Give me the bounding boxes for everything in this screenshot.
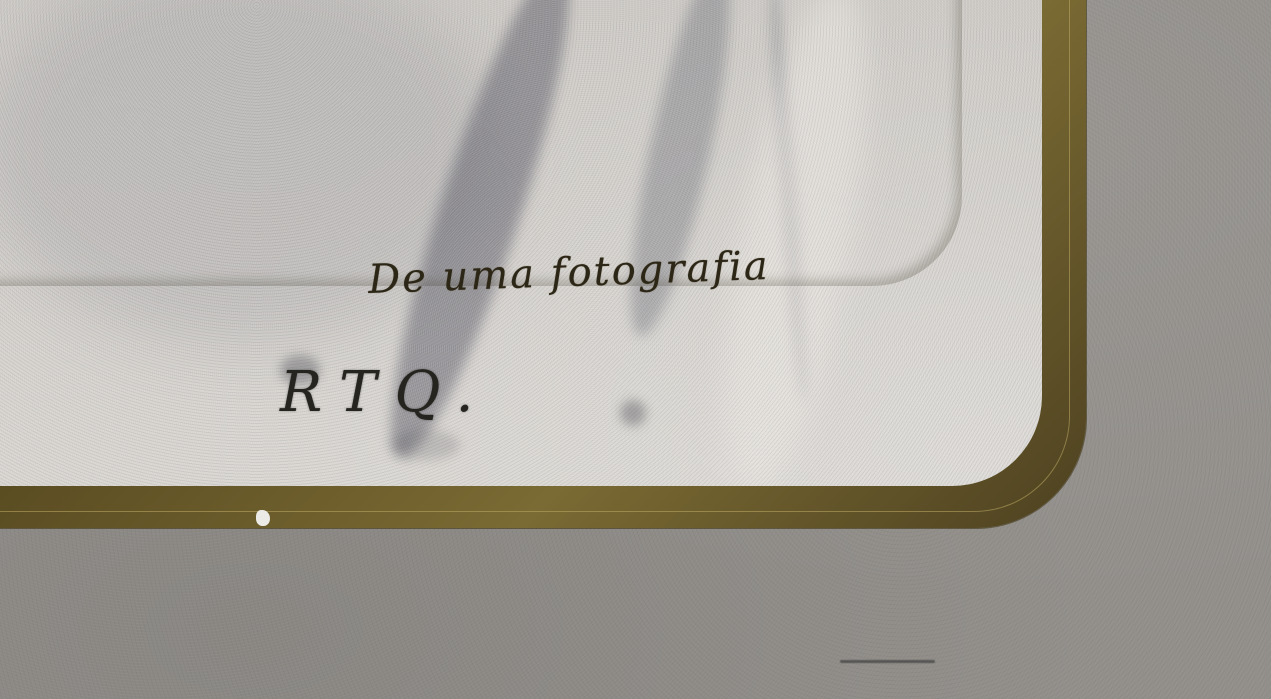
paper-edge-shadow: [0, 0, 962, 286]
mount-scratch: [840, 660, 935, 663]
drawing-paper: [0, 0, 1042, 486]
paper-highlight: [696, 0, 895, 486]
charcoal-stroke: [765, 0, 810, 400]
paper-texture: [0, 0, 1042, 486]
artwork-photo: De uma fotografia RTQ.: [0, 0, 1271, 699]
artist-initials: RTQ.: [280, 360, 491, 425]
charcoal-smudge: [390, 430, 460, 460]
charcoal-smudge: [620, 400, 646, 426]
